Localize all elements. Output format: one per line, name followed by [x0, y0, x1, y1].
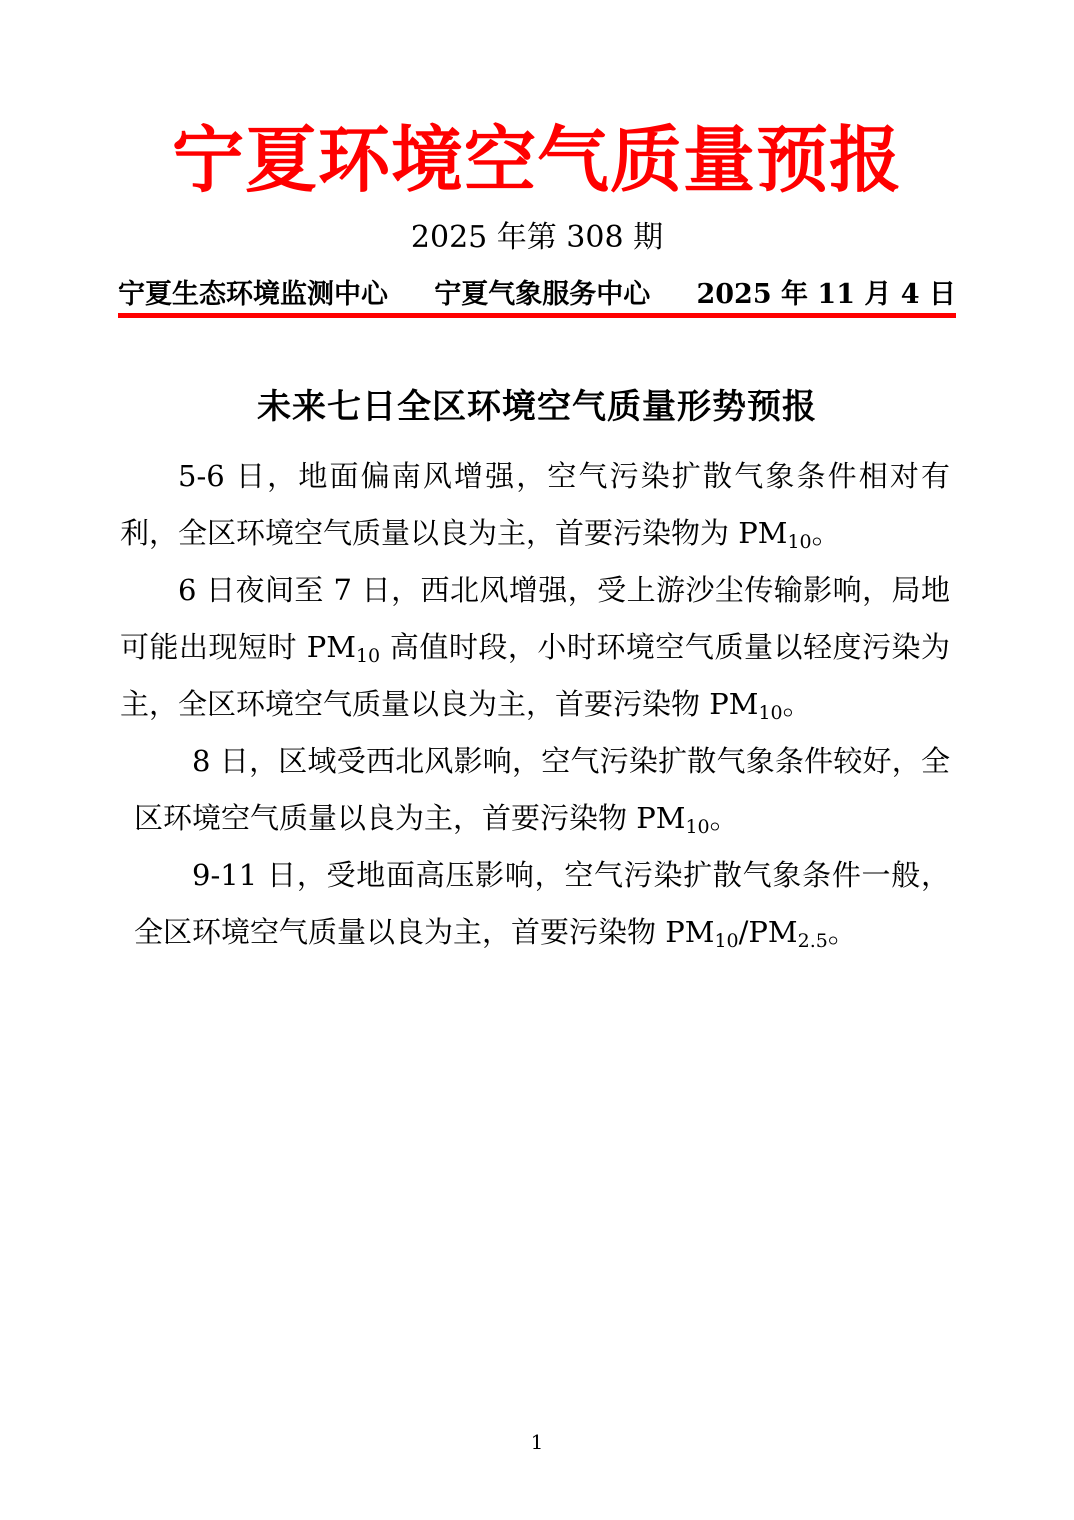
body-paragraph: 5-6 日，地面偏南风增强，空气污染扩散气象条件相对有利，全区环境空气质量以良为… [120, 448, 950, 562]
pollutant-subscript: 10 [685, 816, 709, 838]
pollutant-subscript: 10 [356, 645, 380, 667]
issue-date: 2025 年 11 月 4 日 [696, 280, 956, 310]
forecast-paragraphs: 5-6 日，地面偏南风增强，空气污染扩散气象条件相对有利，全区环境空气质量以良为… [120, 448, 950, 961]
paragraph-text: /PM [739, 915, 798, 949]
document-title: 宁夏环境空气质量预报 [0, 0, 1074, 208]
section-heading: 未来七日全区环境空气质量形势预报 [0, 388, 1074, 426]
pollutant-subscript: 10 [714, 930, 738, 952]
paragraph-text: 8 日，区域受西北风影响，空气污染扩散气象条件较好，全区环境空气质量以良为主，首… [134, 744, 950, 835]
paragraph-text: 。 [812, 516, 841, 550]
pollutant-subscript: 2.5 [798, 930, 828, 952]
body-paragraph: 8 日，区域受西北风影响，空气污染扩散气象条件较好，全区环境空气质量以良为主，首… [120, 733, 950, 847]
paragraph-text: 。 [710, 801, 739, 835]
pollutant-subscript: 10 [787, 531, 811, 553]
body-paragraph: 6 日夜间至 7 日，西北风增强，受上游沙尘传输影响，局地可能出现短时 PM10… [120, 562, 950, 733]
pollutant-subscript: 10 [758, 702, 782, 724]
org-meteorological-center: 宁夏气象服务中心 [434, 280, 650, 310]
header-org-row: 宁夏生态环境监测中心 宁夏气象服务中心 2025 年 11 月 4 日 [118, 280, 956, 310]
body-paragraph: 9-11 日，受地面高压影响，空气污染扩散气象条件一般，全区环境空气质量以良为主… [120, 847, 950, 961]
org-monitoring-center: 宁夏生态环境监测中心 [118, 280, 388, 310]
paragraph-text: 。 [828, 915, 857, 949]
paragraph-text: 。 [783, 687, 812, 721]
issue-number: 2025 年第 308 期 [0, 222, 1074, 254]
document-page: 宁夏环境空气质量预报 2025 年第 308 期 宁夏生态环境监测中心 宁夏气象… [0, 0, 1074, 1520]
page-number: 1 [0, 1430, 1074, 1454]
header-divider-line [118, 313, 956, 318]
